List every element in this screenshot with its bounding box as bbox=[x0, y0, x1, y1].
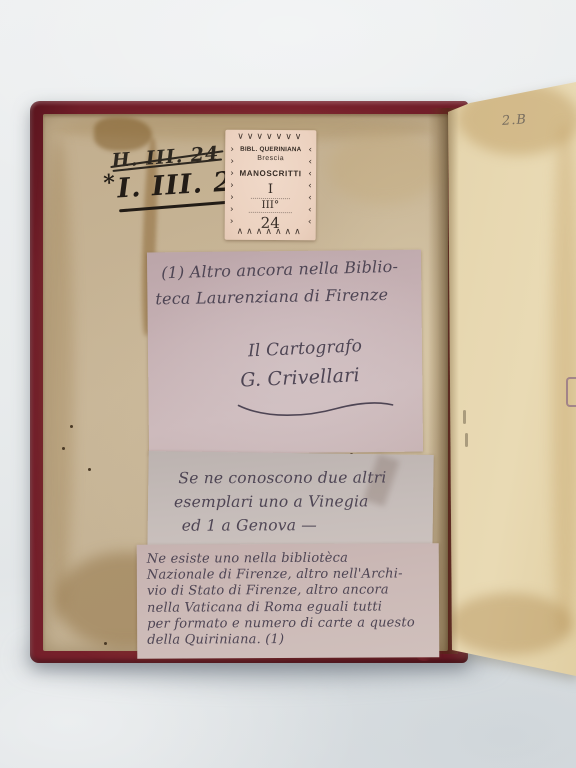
flyleaf-page: 2.B bbox=[440, 55, 576, 680]
note-middle-line-1: Se ne conoscono due altri bbox=[178, 469, 386, 488]
note-bottom-line-1: Ne esiste uno nella bibliotèca bbox=[147, 550, 439, 568]
label-collection: MANOSCRITTI bbox=[239, 169, 301, 178]
stain-topleft-blob bbox=[94, 117, 152, 151]
library-label: ∨∨∨∨∨∨∨ ∧∧∧∧∧∧∧ ››››››› ‹‹‹‹‹‹‹ BIBL. QU… bbox=[225, 130, 317, 241]
signature-name: G. Crivellari bbox=[240, 364, 360, 391]
note-bottom-line-5: per formato e numero di carte a questo bbox=[147, 615, 439, 633]
note-bottom-line-2: Nazionale di Firenze, altro nell'Archi- bbox=[147, 566, 439, 584]
ink-speck bbox=[62, 447, 65, 450]
flyleaf-wrapper: 2.B bbox=[440, 55, 576, 680]
label-content: BIBL. QUERINIANA Brescia MANOSCRITTI I I… bbox=[236, 143, 306, 228]
signature-role: Il Cartografo bbox=[248, 336, 363, 361]
pencil-dash bbox=[463, 410, 466, 424]
label-library-name: BIBL. QUERINIANA bbox=[240, 146, 301, 153]
note-middle-line-3: ed 1 a Genova — bbox=[182, 516, 317, 534]
stain-left-band bbox=[44, 138, 74, 620]
pasted-note-bottom: Ne esiste uno nella bibliotèca Nazionale… bbox=[137, 543, 440, 659]
label-ornament-top: ∨∨∨∨∨∨∨ bbox=[225, 133, 316, 143]
ink-speck bbox=[70, 425, 73, 428]
signature-flourish bbox=[236, 396, 396, 420]
label-class-3: 24 bbox=[261, 214, 280, 232]
note-bottom-line-3: vio di Stato di Firenze, altro ancora bbox=[147, 583, 439, 601]
flyleaf-stain-bottom bbox=[448, 593, 572, 655]
pencil-dash bbox=[465, 433, 468, 447]
ink-speck bbox=[88, 468, 91, 471]
label-class-1: I bbox=[251, 182, 290, 199]
label-class-2: III° bbox=[248, 199, 292, 213]
pasted-note-top: (1) Altro ancora nella Biblio- teca Laur… bbox=[147, 250, 423, 455]
pencil-corner-mark: 2.B bbox=[502, 112, 528, 129]
note-bottom-line-4: nella Vaticana di Roma eguali tutti bbox=[147, 599, 439, 617]
stain-right-of-label bbox=[328, 132, 440, 204]
label-ornament-right: ‹‹‹‹‹‹‹ bbox=[305, 145, 315, 229]
flyleaf-fold-crease bbox=[448, 105, 459, 651]
photo-open-manuscript-book: 2.B H. III. 24 *I. III. 24. ∨∨∨∨∨∨∨ ∧∧∧∧… bbox=[0, 0, 576, 768]
edge-stamp-mark bbox=[566, 377, 576, 407]
label-city: Brescia bbox=[257, 155, 284, 162]
note-top-line-1: (1) Altro ancora nella Biblio- bbox=[161, 257, 398, 283]
shelfmark-asterisk: * bbox=[103, 170, 117, 197]
note-middle-line-2: esemplari uno a Vinegia bbox=[174, 492, 369, 511]
note-top-line-2: teca Laurenziana di Firenze bbox=[155, 285, 388, 308]
note-bottom-line-6: della Quiriniana. (1) bbox=[147, 631, 439, 649]
ink-speck bbox=[104, 642, 107, 645]
